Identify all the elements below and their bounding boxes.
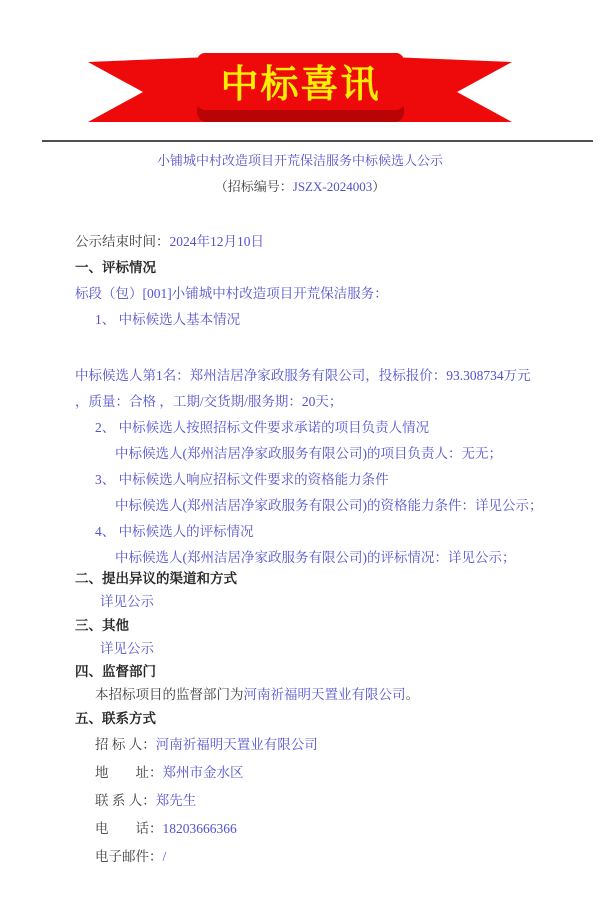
banner-title: 中标喜讯 — [197, 51, 404, 109]
section3-detail: 详见公示 — [75, 637, 545, 660]
publicity-end-line: 公示结束时间：2024年12月10日 — [75, 229, 545, 255]
item1-title: 1、 中标候选人基本情况 — [75, 307, 545, 333]
item2-detail: 中标候选人(郑州洁居净家政服务有限公司)的项目负责人：无无； — [75, 441, 545, 467]
publicity-end-value: 2024年12月10日 — [170, 234, 265, 249]
contact-label: 电 话： — [95, 821, 163, 836]
contact-label: 联 系 人： — [95, 793, 156, 808]
item4-title: 4、 中标候选人的评标情况 — [75, 519, 545, 545]
section2-heading: 二、提出异议的渠道和方式 — [75, 567, 545, 590]
contact-row-person: 联 系 人：郑先生 — [75, 787, 545, 815]
section3-heading: 三、其他 — [75, 614, 545, 637]
contact-list: 招 标 人：河南祈福明天置业有限公司 地 址：郑州市金水区 联 系 人：郑先生 … — [75, 731, 545, 871]
candidate-line-2: ，质量：合格 ，工期/交货期/服务期：20天； — [75, 389, 545, 415]
tender-no-prefix: （招标编号： — [215, 179, 293, 194]
contact-value: / — [163, 849, 167, 864]
section1-heading: 一、评标情况 — [75, 255, 545, 281]
contact-label: 招 标 人： — [95, 737, 156, 752]
contact-label: 电子邮件： — [95, 849, 163, 864]
tender-no: JSZX-2024003 — [293, 179, 372, 194]
contact-row-tenderer: 招 标 人：河南祈福明天置业有限公司 — [75, 731, 545, 759]
divider-line — [42, 140, 593, 142]
section-evaluation: 公示结束时间：2024年12月10日 一、评标情况 标段（包）[001]小铺城中… — [75, 229, 545, 571]
contact-value: 18203666366 — [163, 821, 237, 836]
contact-value: 郑州市金水区 — [163, 765, 244, 780]
contact-row-email: 电子邮件：/ — [75, 843, 545, 871]
ribbon-right-tail — [390, 57, 512, 122]
supervisor-name: 河南祈福明天置业有限公司 — [244, 687, 406, 702]
contact-row-phone: 电 话：18203666366 — [75, 815, 545, 843]
section-middle: 二、提出异议的渠道和方式 详见公示 三、其他 详见公示 四、监督部门 本招标项目… — [75, 567, 545, 730]
document-title: 小铺城中村改造项目开荒保洁服务中标候选人公示 — [0, 150, 600, 169]
section5-heading: 五、联系方式 — [75, 707, 545, 730]
announcement-page: 中标喜讯 小铺城中村改造项目开荒保洁服务中标候选人公示 （招标编号：JSZX-2… — [0, 0, 600, 900]
item2-title: 2、 中标候选人按照招标文件要求承诺的项目负责人情况 — [75, 415, 545, 441]
tender-no-suffix: ） — [372, 179, 385, 194]
contact-row-address: 地 址：郑州市金水区 — [75, 759, 545, 787]
supervisor-suffix: 。 — [406, 687, 420, 702]
contact-value: 河南祈福明天置业有限公司 — [156, 737, 318, 752]
item3-detail: 中标候选人(郑州洁居净家政服务有限公司)的资格能力条件：详见公示； — [75, 493, 545, 519]
supervisor-line: 本招标项目的监督部门为河南祈福明天置业有限公司。 — [75, 683, 545, 706]
publicity-end-label: 公示结束时间： — [75, 234, 170, 249]
contact-label: 地 址： — [95, 765, 163, 780]
ribbon-left-tail — [88, 57, 210, 122]
blank-gap — [75, 333, 545, 363]
section4-heading: 四、监督部门 — [75, 660, 545, 683]
supervisor-prefix: 本招标项目的监督部门为 — [95, 687, 244, 702]
lot-line: 标段（包）[001]小铺城中村改造项目开荒保洁服务： — [75, 281, 545, 307]
contact-value: 郑先生 — [156, 793, 197, 808]
section2-detail: 详见公示 — [75, 590, 545, 613]
candidate-line-1: 中标候选人第1名：郑州洁居净家政服务有限公司，投标报价：93.308734万元 — [75, 363, 545, 389]
item3-title: 3、 中标候选人响应招标文件要求的资格能力条件 — [75, 467, 545, 493]
document-subtitle: （招标编号：JSZX-2024003） — [0, 176, 600, 195]
